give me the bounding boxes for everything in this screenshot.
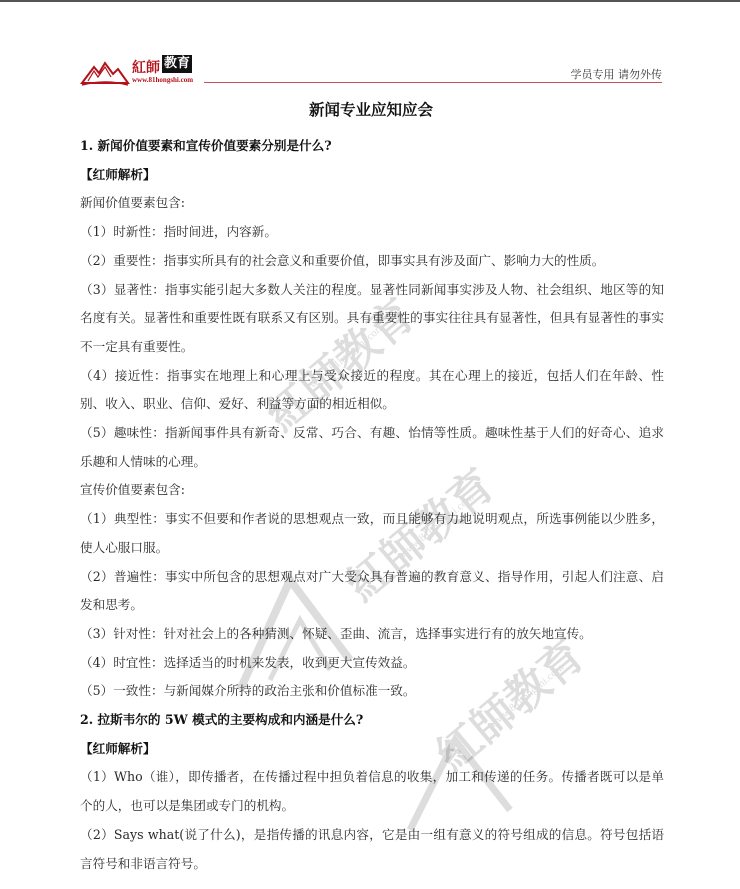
- logo: 紅師 教育 www.81hongshi.com: [80, 55, 210, 89]
- header-rule: [204, 82, 662, 83]
- paragraph: （3）显著性：指事实能引起大多数人关注的程度。显著性同新闻事实涉及人物、社会组织…: [80, 276, 664, 362]
- page-top-border: [0, 0, 740, 2]
- paragraph: 新闻价值要素包含:: [80, 189, 664, 218]
- document-body: 1. 新闻价值要素和宣传价值要素分别是什么? 【红师解析】 新闻价值要素包含: …: [80, 132, 664, 878]
- page-title: 新闻专业应知应会: [80, 97, 662, 123]
- paragraph: （4）接近性：指事实在地理上和心理上与受众接近的程度。其在心理上的接近，包括人们…: [80, 362, 664, 419]
- page-header: 紅師 教育 www.81hongshi.com 学员专用 请勿外传: [80, 55, 662, 91]
- paragraph: （2）重要性：指事实所具有的社会意义和重要价值，即事实具有涉及面广、影响力大的性…: [80, 247, 664, 276]
- paragraph: （2）普遍性：事实中所包含的思想观点对广大受众具有普遍的教育意义、指导作用，引起…: [80, 563, 664, 620]
- analysis-label: 【红师解析】: [80, 161, 664, 190]
- analysis-label: 【红师解析】: [80, 735, 664, 764]
- paragraph: （1）时新性：指时间进，内容新。: [80, 218, 664, 247]
- paragraph: （3）针对性：针对社会上的各种猜测、怀疑、歪曲、流言，选择事实进行有的放矢地宣传…: [80, 620, 664, 649]
- paragraph: （1）Who（谁），即传播者，在传播过程中担负着信息的收集，加工和传递的任务。传…: [80, 763, 664, 820]
- logo-edu-text: 教育: [162, 55, 192, 73]
- header-note: 学员专用 请勿外传: [571, 66, 663, 82]
- paragraph: （1）典型性：事实不但要和作者说的思想观点一致，而且能够有力地说明观点，所选事例…: [80, 505, 664, 562]
- paragraph: （2）Says what(说了什么)，是指传播的讯息内容，它是由一组有意义的符号…: [80, 821, 664, 878]
- paragraph: 宣传价值要素包含:: [80, 476, 664, 505]
- logo-url: www.81hongshi.com: [132, 76, 193, 84]
- paragraph: （5）趣味性：指新闻事件具有新奇、反常、巧合、有趣、怡情等性质。趣味性基于人们的…: [80, 419, 664, 476]
- question-heading: 2. 拉斯韦尔的 5W 模式的主要构成和内涵是什么?: [80, 706, 664, 735]
- paragraph: （5）一致性：与新闻媒介所持的政治主张和价值标准一致。: [80, 677, 664, 706]
- logo-brand-text: 紅師: [132, 57, 160, 77]
- question-heading: 1. 新闻价值要素和宣传价值要素分别是什么?: [80, 132, 664, 161]
- paragraph: （4）时宜性：选择适当的时机来发表，收到更大宣传效益。: [80, 649, 664, 678]
- mountain-logo-icon: [80, 59, 130, 87]
